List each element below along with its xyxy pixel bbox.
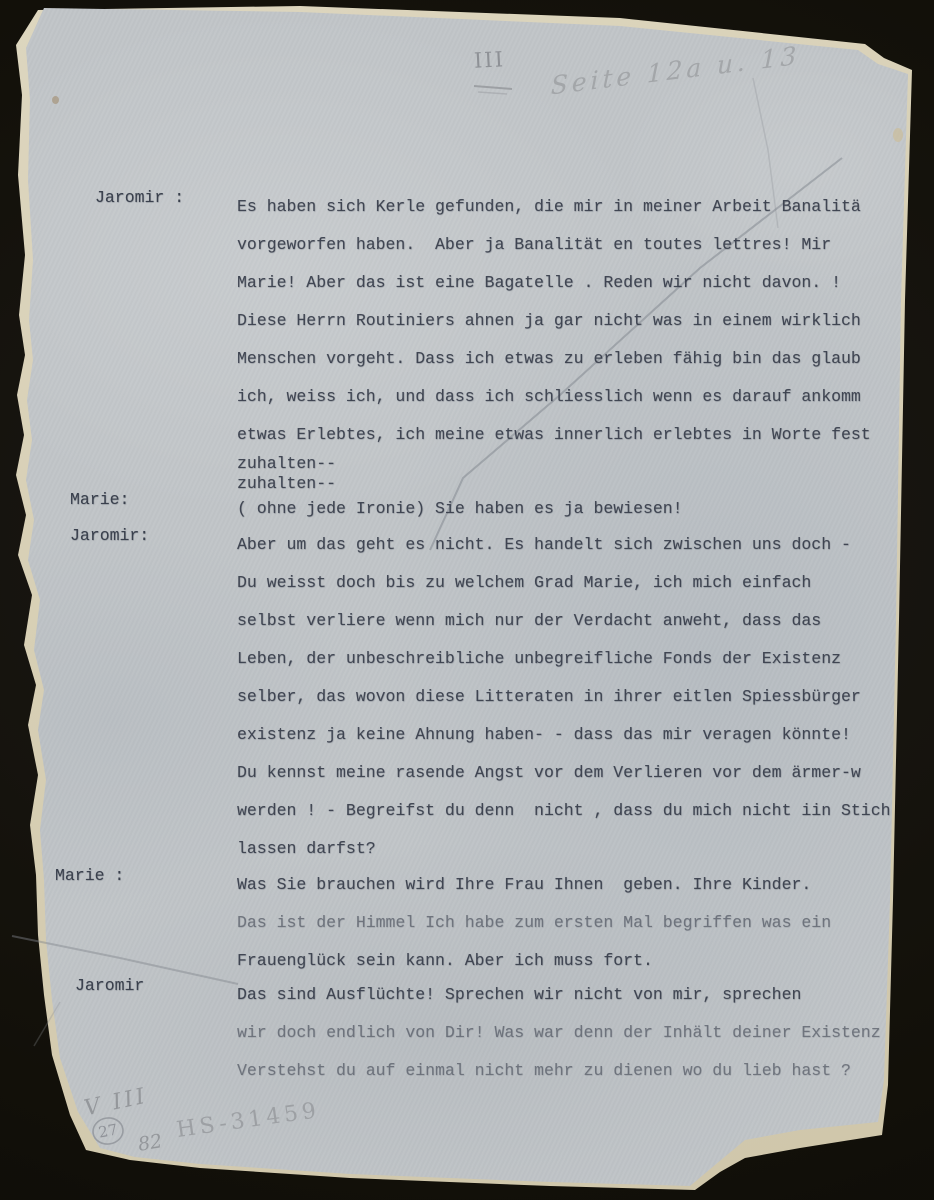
roman-underline [478,92,507,94]
speech-block: Das sind Ausflüchte! Sprechen wir nicht … [237,976,881,1090]
dialogue-line: Frauenglück sein kann. Aber ich muss for… [237,942,831,980]
speaker-label: Jaromir : [95,188,184,207]
dialogue-line: ich, weiss ich, und dass ich schliesslic… [237,378,871,416]
handwritten-number: 82 [136,1130,163,1156]
dialogue-line: Das ist der Himmel Ich habe zum ersten M… [237,904,831,942]
dialogue-line: Menschen vorgeht. Dass ich etwas zu erle… [237,340,871,378]
dialogue-line: Du kennst meine rasende Angst vor dem Ve… [237,754,891,792]
dialogue-line: Es haben sich Kerle gefunden, die mir in… [237,188,871,226]
dialogue-line: wir doch endlich von Dir! Was war denn d… [237,1014,881,1052]
roman-underline [474,86,512,89]
dialogue-line: selbst verliere wenn mich nur der Verdac… [237,602,891,640]
dialogue-line: selber, das wovon diese Litteraten in ih… [237,678,891,716]
dialogue-line: Marie! Aber das ist eine Bagatelle . Red… [237,264,871,302]
circled-number: 27 [92,1116,124,1146]
speaker-label: Marie: [70,490,129,509]
backdrop: III Seite 12a u. 13 Jaromir :Es haben si… [0,0,934,1200]
dialogue-line: Verstehst du auf einmal nicht mehr zu di… [237,1052,881,1090]
dialogue-line: Was Sie brauchen wird Ihre Frau Ihnen ge… [237,866,831,904]
crease-line [34,1002,60,1046]
dialogue-line: Du weisst doch bis zu welchem Grad Marie… [237,564,891,602]
handwritten-roman-numeral: III [473,47,505,73]
speech-block: Es haben sich Kerle gefunden, die mir in… [237,188,871,494]
dialogue-line: Das sind Ausflüchte! Sprechen wir nicht … [237,976,881,1014]
dialogue-line: lassen darfst? [237,830,891,868]
speech-block: Aber um das geht es nicht. Es handelt si… [237,526,891,868]
dialogue-line: vorgeworfen haben. Aber ja Banalität en … [237,226,871,264]
dialogue-line: existenz ja keine Ahnung haben- - dass d… [237,716,891,754]
dialogue-line: ( ohne jede Ironie) Sie haben es ja bewi… [237,490,683,528]
dialogue-line: Leben, der unbeschreibliche unbegreiflic… [237,640,891,678]
dialogue-line: Aber um das geht es nicht. Es handelt si… [237,526,891,564]
dialogue-line: zuhalten-- [237,454,871,474]
dialogue-line: werden ! - Begreifst du denn nicht , das… [237,792,891,830]
speaker-label: Marie : [55,866,124,885]
dialogue-line: etwas Erlebtes, ich meine etwas innerlic… [237,416,871,454]
speech-block: Was Sie brauchen wird Ihre Frau Ihnen ge… [237,866,831,980]
dialogue-line: Diese Herrn Routiniers ahnen ja gar nich… [237,302,871,340]
speech-block: ( ohne jede Ironie) Sie haben es ja bewi… [237,490,683,528]
speaker-label: Jaromir: [70,526,149,545]
speaker-label: Jaromir [75,976,144,995]
